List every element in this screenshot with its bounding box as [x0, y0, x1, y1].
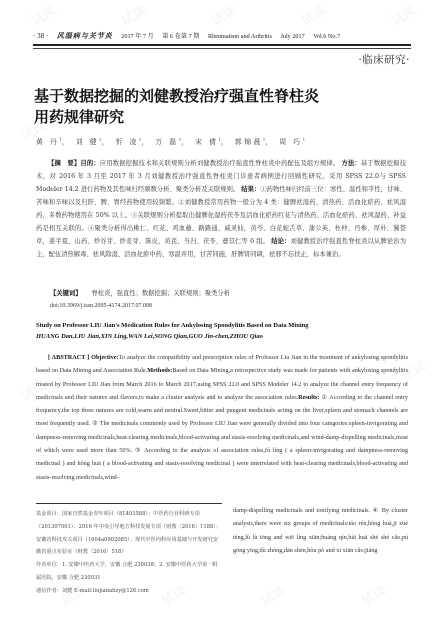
footnote-rule — [36, 503, 222, 504]
title-line-1: 基于数据挖掘的刘健教授治疗强直性脊柱炎 — [34, 86, 334, 107]
issue-cn: 第 6 卷第 7 期 — [162, 31, 199, 43]
author-affiliation: 1 — [303, 137, 306, 142]
affiliation-note: 作者单位：1. 安徽中医药大学，安徽 合肥 230038；2. 安徽中医药大学第… — [36, 559, 222, 585]
corresponding-author-note: 通信作者：刘健 E-mail:liujianahzy@126.com — [36, 585, 222, 598]
watermark: 试读 — [207, 0, 239, 29]
watermark: 试读 — [357, 580, 389, 609]
objective-text: 应用数据挖掘技术和关联规则分析刘健教授治疗强直性脊柱炎中药配伍及组方规律。 — [100, 160, 339, 167]
chinese-abstract: 【摘 要】目的：应用数据挖掘技术和关联规则分析刘健教授治疗强直性脊柱炎中药配伍及… — [36, 157, 406, 261]
journal-name-en: Rheumatism and Arthritis — [208, 31, 272, 43]
volume-en: Vol.6 No.7 — [313, 31, 340, 43]
abstract-label: 【摘 要】 — [48, 160, 80, 167]
author-affiliation: 2 — [179, 137, 182, 142]
english-authors: HUANG Dan,LIU Jian,XIN Ling,WAN Lei,SONG… — [36, 333, 263, 340]
watermark: 试读 — [27, 0, 59, 29]
date-cn: 2017 年 7 月 — [121, 31, 153, 43]
author: 万 磊 — [155, 138, 178, 146]
watermark: 试读 — [387, 0, 419, 29]
author: 郭锦晨 — [235, 138, 263, 146]
page-number: · 38 · — [33, 30, 48, 42]
title-line-2: 用药规律研究 — [34, 107, 334, 128]
conclusion-label: 结论： — [271, 238, 290, 245]
author-affiliation: 1 — [263, 137, 266, 142]
english-abstract-continued: damp-dispelling medicinals and tonifying… — [233, 504, 408, 557]
author: 忻 凌 — [116, 138, 139, 146]
en-results-text: ① According to the channel entry frequen… — [36, 394, 408, 481]
header-rule — [33, 44, 411, 46]
fund-note: 基金项目：国家自然基金青年项目（81403588）；中医药行业科研专项（2013… — [36, 508, 222, 559]
results-label: 结果： — [241, 186, 260, 193]
article-title: 基于数据挖掘的刘健教授治疗强直性脊柱炎 用药规律研究 — [34, 86, 334, 128]
keywords-text: 脊柱炎，强直性；数据挖掘；关联规则；聚类分析 — [91, 290, 230, 297]
author-affiliation: 1 — [218, 137, 221, 142]
journal-name-cn: 风湿病与关节炎 — [57, 30, 113, 42]
running-head: · 38 · 风湿病与关节炎 2017 年 7 月 第 6 卷第 7 期 Rhe… — [33, 30, 409, 42]
methods-label: 方法： — [341, 160, 360, 167]
en-results-label: Results: — [298, 394, 319, 401]
doi[interactable]: doi:10.3969/j.issn.2095-4174.2017.07.008 — [50, 303, 152, 309]
watermark: 试读 — [257, 580, 289, 609]
english-abstract: [ ABSTRACT ] Objective:To analyze the co… — [36, 351, 408, 484]
section-tag: ·临床研究· — [358, 52, 410, 67]
date-en: July 2017 — [280, 31, 304, 43]
en-methods-label: Methods: — [147, 367, 172, 374]
objective-label: 目的： — [80, 160, 99, 167]
keywords-label: 【关键词】 — [50, 290, 81, 297]
watermark: 试读 — [297, 0, 329, 29]
author-affiliation: 2 — [139, 137, 142, 142]
footnotes: 基金项目：国家自然基金青年项目（81403588）；中医药行业科研专项（2013… — [36, 508, 222, 598]
keywords: 【关键词】脊柱炎，强直性；数据挖掘；关联规则；聚类分析 — [50, 288, 230, 297]
en-objective-label: Objective: — [91, 354, 119, 361]
author-affiliation: 2 — [99, 137, 102, 142]
author: 刘 健 — [76, 138, 99, 146]
author: 宋 倩 — [195, 138, 218, 146]
journal-page: · 38 · 风湿病与关节炎 2017 年 7 月 第 6 卷第 7 期 Rhe… — [0, 0, 440, 620]
results-text: ①药物性味归经前三位：寒性、温性和平性，甘味、苦味和辛味以及归肝、脾、胃经药物使… — [36, 186, 406, 245]
author: 周 巧 — [279, 138, 302, 146]
english-title: Study on Professor LIU Jian's Medication… — [36, 322, 416, 329]
watermark: 试读 — [117, 0, 149, 29]
author-affiliation: 1 — [59, 137, 62, 142]
author-list: 黄 丹1， 刘 健2， 忻 凌2， 万 磊2， 宋 倩1， 郭锦晨1， 周 巧1 — [36, 136, 305, 146]
author: 黄 丹 — [36, 138, 59, 146]
en-abstract-label: [ ABSTRACT ] — [48, 354, 89, 361]
header-rule-thin — [33, 48, 411, 49]
